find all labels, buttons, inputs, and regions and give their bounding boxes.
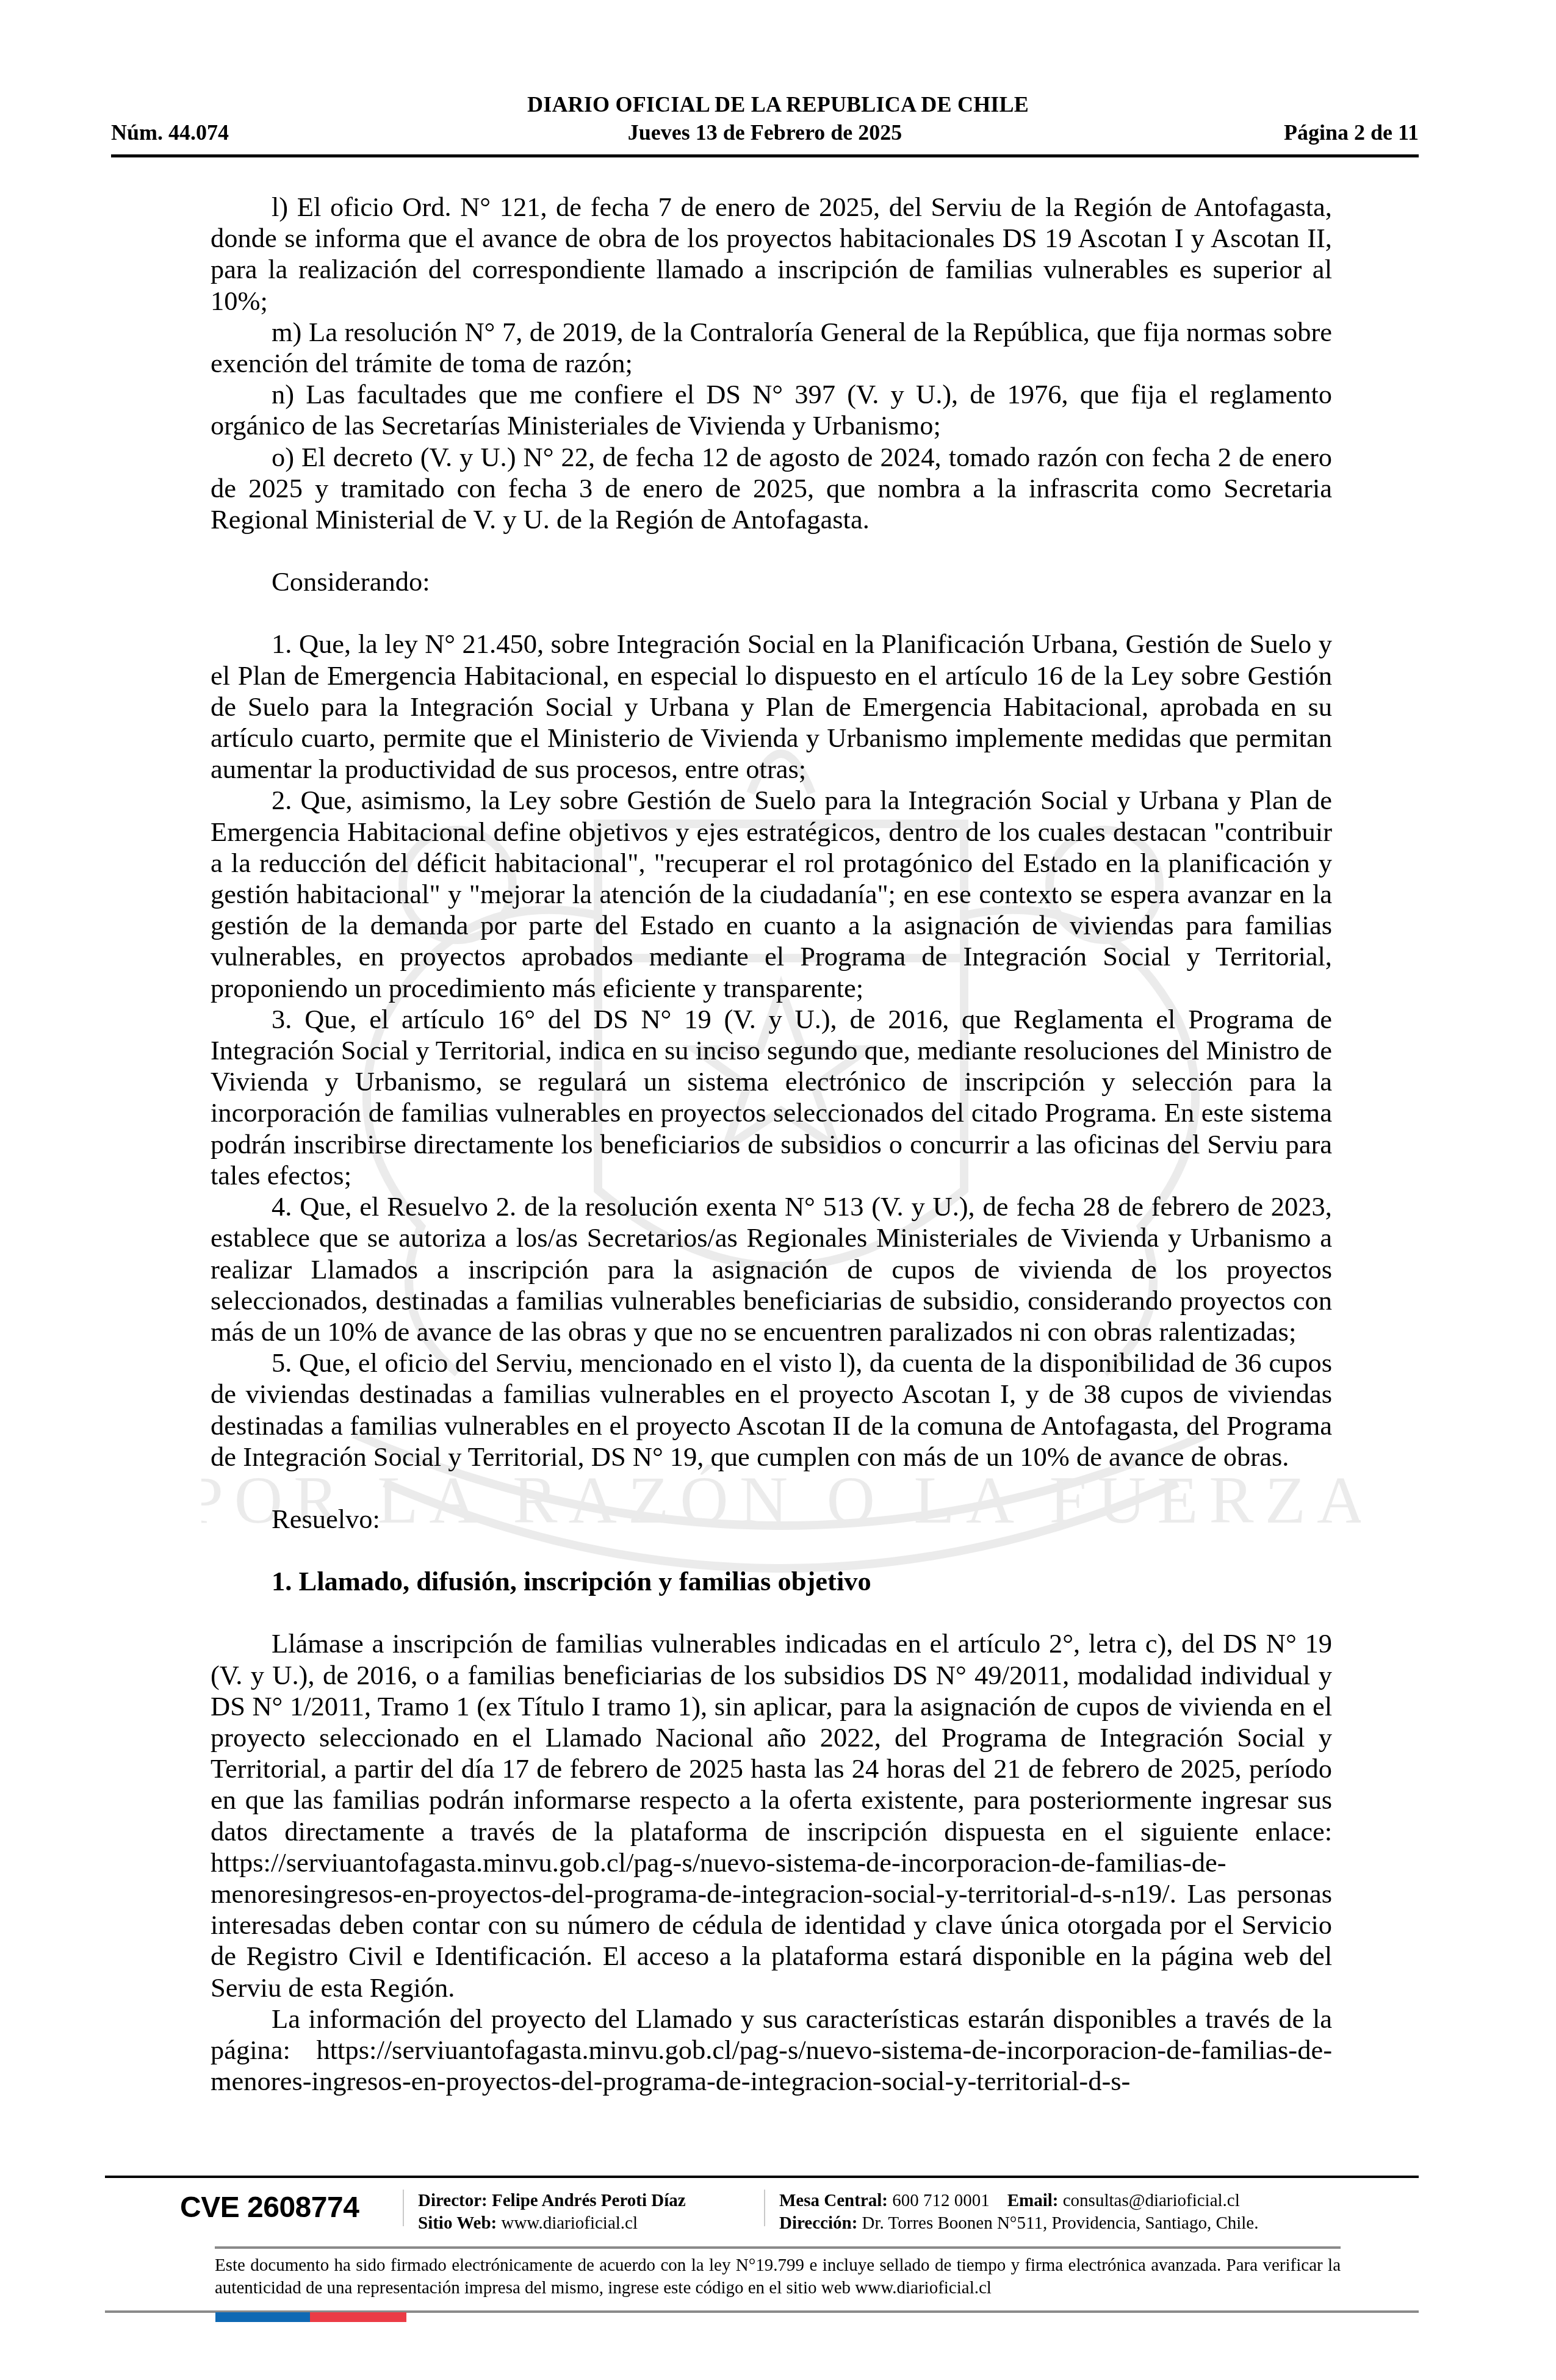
website-link[interactable]: www.diarioficial.cl xyxy=(501,2213,638,2233)
footer-contact-block: Mesa Central: 600 712 0001 Email: consul… xyxy=(779,2190,1258,2235)
signature-disclaimer: Este documento ha sido firmado electróni… xyxy=(215,2254,1341,2299)
section-paragraph: Llámase a inscripción de familias vulner… xyxy=(211,1628,1332,2003)
resuelvo-label: Resuelvo: xyxy=(211,1504,1332,1535)
director-label: Director: xyxy=(418,2191,488,2210)
footer-separator xyxy=(764,2190,765,2226)
visto-o: o) El decreto (V. y U.) N° 22, de fecha … xyxy=(211,442,1332,536)
phone-label: Mesa Central: xyxy=(779,2191,888,2210)
considerando-3: 3. Que, el artículo 16° del DS N° 19 (V.… xyxy=(211,1004,1332,1191)
considerando-2: 2. Que, asimismo, la Ley sobre Gestión d… xyxy=(211,785,1332,1003)
header-divider xyxy=(111,154,1419,157)
document-body: l) El oficio Ord. N° 121, de fecha 7 de … xyxy=(211,192,1332,2097)
publication-title: DIARIO OFICIAL DE LA REPUBLICA DE CHILE xyxy=(0,92,1556,117)
publication-date: Jueves 13 de Febrero de 2025 xyxy=(111,120,1419,145)
address-value: Dr. Torres Boonen N°511, Providencia, Sa… xyxy=(862,2213,1259,2233)
visto-l: l) El oficio Ord. N° 121, de fecha 7 de … xyxy=(211,192,1332,317)
considerando-4: 4. Que, el Resuelvo 2. de la resolución … xyxy=(211,1191,1332,1347)
address-label: Dirección: xyxy=(779,2213,857,2233)
flag-bar-red xyxy=(310,2312,406,2322)
email-label: Email: xyxy=(1007,2191,1059,2210)
footer-divider-top xyxy=(105,2176,1419,2178)
visto-n: n) Las facultades que me confiere el DS … xyxy=(211,379,1332,441)
page-indicator: Página 2 de 11 xyxy=(1284,120,1419,145)
flag-bar-blue xyxy=(215,2312,310,2322)
visto-m: m) La resolución N° 7, de 2019, de la Co… xyxy=(211,317,1332,379)
footer-divider-inner xyxy=(215,2246,1341,2249)
website-label: Sitio Web: xyxy=(418,2213,497,2233)
considerando-5: 5. Que, el oficio del Serviu, mencionado… xyxy=(211,1347,1332,1473)
phone-number: 600 712 0001 xyxy=(892,2191,990,2210)
cve-code: CVE 2608774 xyxy=(180,2191,359,2224)
header-row: Núm. 44.074 Jueves 13 de Febrero de 2025… xyxy=(111,120,1419,146)
footer-director-block: Director: Felipe Andrés Peroti Díaz Siti… xyxy=(418,2190,686,2235)
considerando-label: Considerando: xyxy=(211,566,1332,597)
email-link[interactable]: consultas@diarioficial.cl xyxy=(1063,2191,1240,2210)
section-paragraph: La información del proyecto del Llamado … xyxy=(211,2003,1332,2097)
director-name: Felipe Andrés Peroti Díaz xyxy=(492,2191,686,2210)
considerando-1: 1. Que, la ley N° 21.450, sobre Integrac… xyxy=(211,629,1332,785)
footer-separator xyxy=(403,2190,404,2226)
section-heading: 1. Llamado, difusión, inscripción y fami… xyxy=(211,1566,1332,1597)
